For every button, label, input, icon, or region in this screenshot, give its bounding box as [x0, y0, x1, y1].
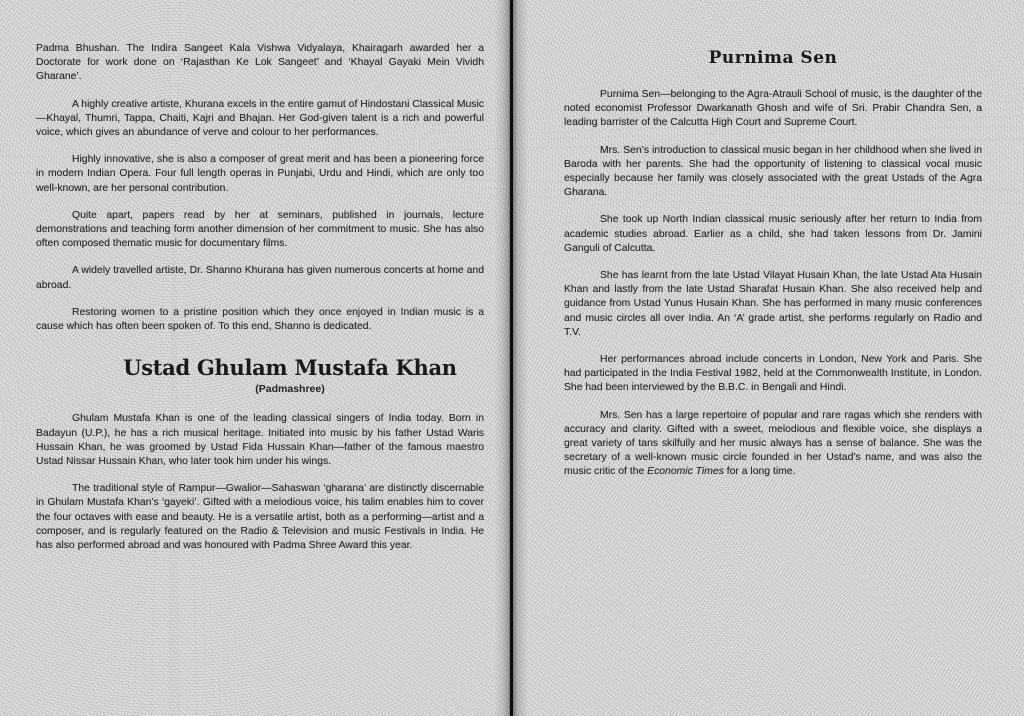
purnima-sen-paragraph-5: Her performances abroad include concerts…	[564, 353, 982, 396]
purnima-sen-paragraph-1: Purnima Sen—belonging to the Agra-Atraul…	[564, 88, 982, 131]
mustafa-khan-paragraph-1: Ghulam Mustafa Khan is one of the leadin…	[36, 412, 484, 469]
section-heading-purnima-sen: Purnima Sen	[564, 46, 982, 70]
section-heading-ghulam-mustafa-khan: Ustad Ghulam Mustafa Khan	[96, 356, 484, 380]
purnima-sen-paragraph-4: She has learnt from the late Ustad Vilay…	[564, 269, 982, 340]
left-page: Padma Bhushan. The Indira Sangeet Kala V…	[0, 0, 506, 716]
khurana-paragraph-4: A widely travelled artiste, Dr. Shanno K…	[36, 264, 484, 292]
khurana-paragraph-5: Restoring women to a pristine position w…	[36, 306, 484, 334]
khurana-paragraph-2: Highly innovative, she is also a compose…	[36, 153, 484, 196]
intro-continuation-paragraph: Padma Bhushan. The Indira Sangeet Kala V…	[36, 42, 484, 85]
scanned-book-spread: Padma Bhushan. The Indira Sangeet Kala V…	[0, 0, 1024, 716]
newspaper-title-italic: Economic Times	[647, 466, 724, 477]
section-subheading-padmashree: (Padmashree)	[96, 382, 484, 396]
purnima-sen-paragraph-2: Mrs. Sen’s introduction to classical mus…	[564, 144, 982, 201]
right-page: Purnima Sen Purnima Sen—belonging to the…	[518, 0, 1024, 716]
khurana-paragraph-1: A highly creative artiste, Khurana excel…	[36, 98, 484, 141]
mustafa-khan-paragraph-2: The traditional style of Rampur—Gwalior—…	[36, 482, 484, 553]
purnima-sen-paragraph-3: She took up North Indian classical music…	[564, 213, 982, 256]
paragraph-text-end: for a long time.	[724, 466, 796, 477]
khurana-paragraph-3: Quite apart, papers read by her at semin…	[36, 209, 484, 252]
purnima-sen-paragraph-6: Mrs. Sen has a large repertoire of popul…	[564, 409, 982, 480]
